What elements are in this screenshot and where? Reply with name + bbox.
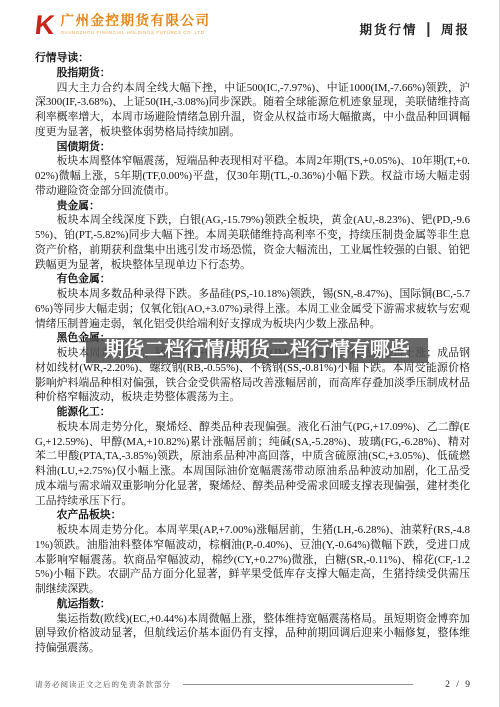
report-page: K 广州金控期货有限公司 GUANGZHOU FINANCIAL HOLDING…	[0, 0, 500, 707]
section-body-energy-chem: 板块本周走势分化，聚烯烃、醇类品种表现偏强。液化石油气(PG,+17.09%)、…	[35, 420, 470, 509]
company-name-en: GUANGZHOU FINANCIAL HOLDINGS FUTURES CO.…	[61, 30, 211, 35]
section-heading-agriculture: 农产品板块：	[35, 508, 470, 523]
company-name-cn: 广州金控期货有限公司	[61, 13, 211, 28]
section-body-equity-index: 四大主力合约本周全线大幅下挫，中证500(IC,-7.97%)、中证1000(I…	[35, 81, 470, 140]
section-body-shipping-index: 集运指数(欧线)(EC,+0.44%)本周微幅上涨，整体维持宽幅震荡格局。虽短期…	[35, 612, 470, 656]
company-logo: K 广州金控期货有限公司 GUANGZHOU FINANCIAL HOLDING…	[35, 13, 211, 38]
doc-type: 期货行情	[359, 23, 417, 37]
section-heading-nonferrous: 有色金属：	[35, 272, 470, 287]
section-body-agriculture: 板块本周走势分化。本周苹果(AP,+7.00%)涨幅居前，生猪(LH,-6.28…	[35, 523, 470, 597]
page-number: 2 / 9	[445, 680, 472, 690]
section-body-treasury: 板块本周整体窄幅震荡，短端品种表现相对平稳。本周2年期(TS,+0.05%)、1…	[35, 154, 470, 198]
page-footer: 请务必阅读正文之后的免责条款部分 2 / 9	[35, 679, 472, 690]
logo-text: 广州金控期货有限公司 GUANGZHOU FINANCIAL HOLDINGS …	[61, 13, 211, 35]
logo-k-icon: K	[34, 13, 56, 38]
section-body-nonferrous: 板块本周多数品种录得下跌。多晶硅(PS,-10.18%)领跌，锡(SN,-8.4…	[35, 287, 470, 331]
header-divider: ┃	[424, 23, 434, 37]
report-type-label: 期货行情┃周报	[359, 20, 470, 38]
section-body-precious-metals: 板块本周全线深度下跌，白银(AG,-15.79%)领跌全板块，黄金(AU,-8.…	[35, 213, 470, 272]
doc-period: 周报	[441, 23, 470, 37]
page-header: K 广州金控期货有限公司 GUANGZHOU FINANCIAL HOLDING…	[0, 0, 500, 38]
section-heading-equity-index: 股指期货：	[35, 66, 470, 81]
disclaimer-text: 请务必阅读正文之后的免责条款部分	[35, 679, 171, 690]
section-heading-shipping-index: 航运指数：	[35, 597, 470, 612]
lead-title: 行情导读：	[35, 51, 470, 66]
section-heading-energy-chem: 能源化工：	[35, 405, 470, 420]
watermark-overlay: 期货二档行情/期货二档行情有哪些	[86, 338, 428, 363]
section-heading-precious-metals: 贵金属：	[35, 199, 470, 214]
footer-divider-line	[183, 684, 413, 685]
section-heading-treasury: 国债期货：	[35, 140, 470, 155]
